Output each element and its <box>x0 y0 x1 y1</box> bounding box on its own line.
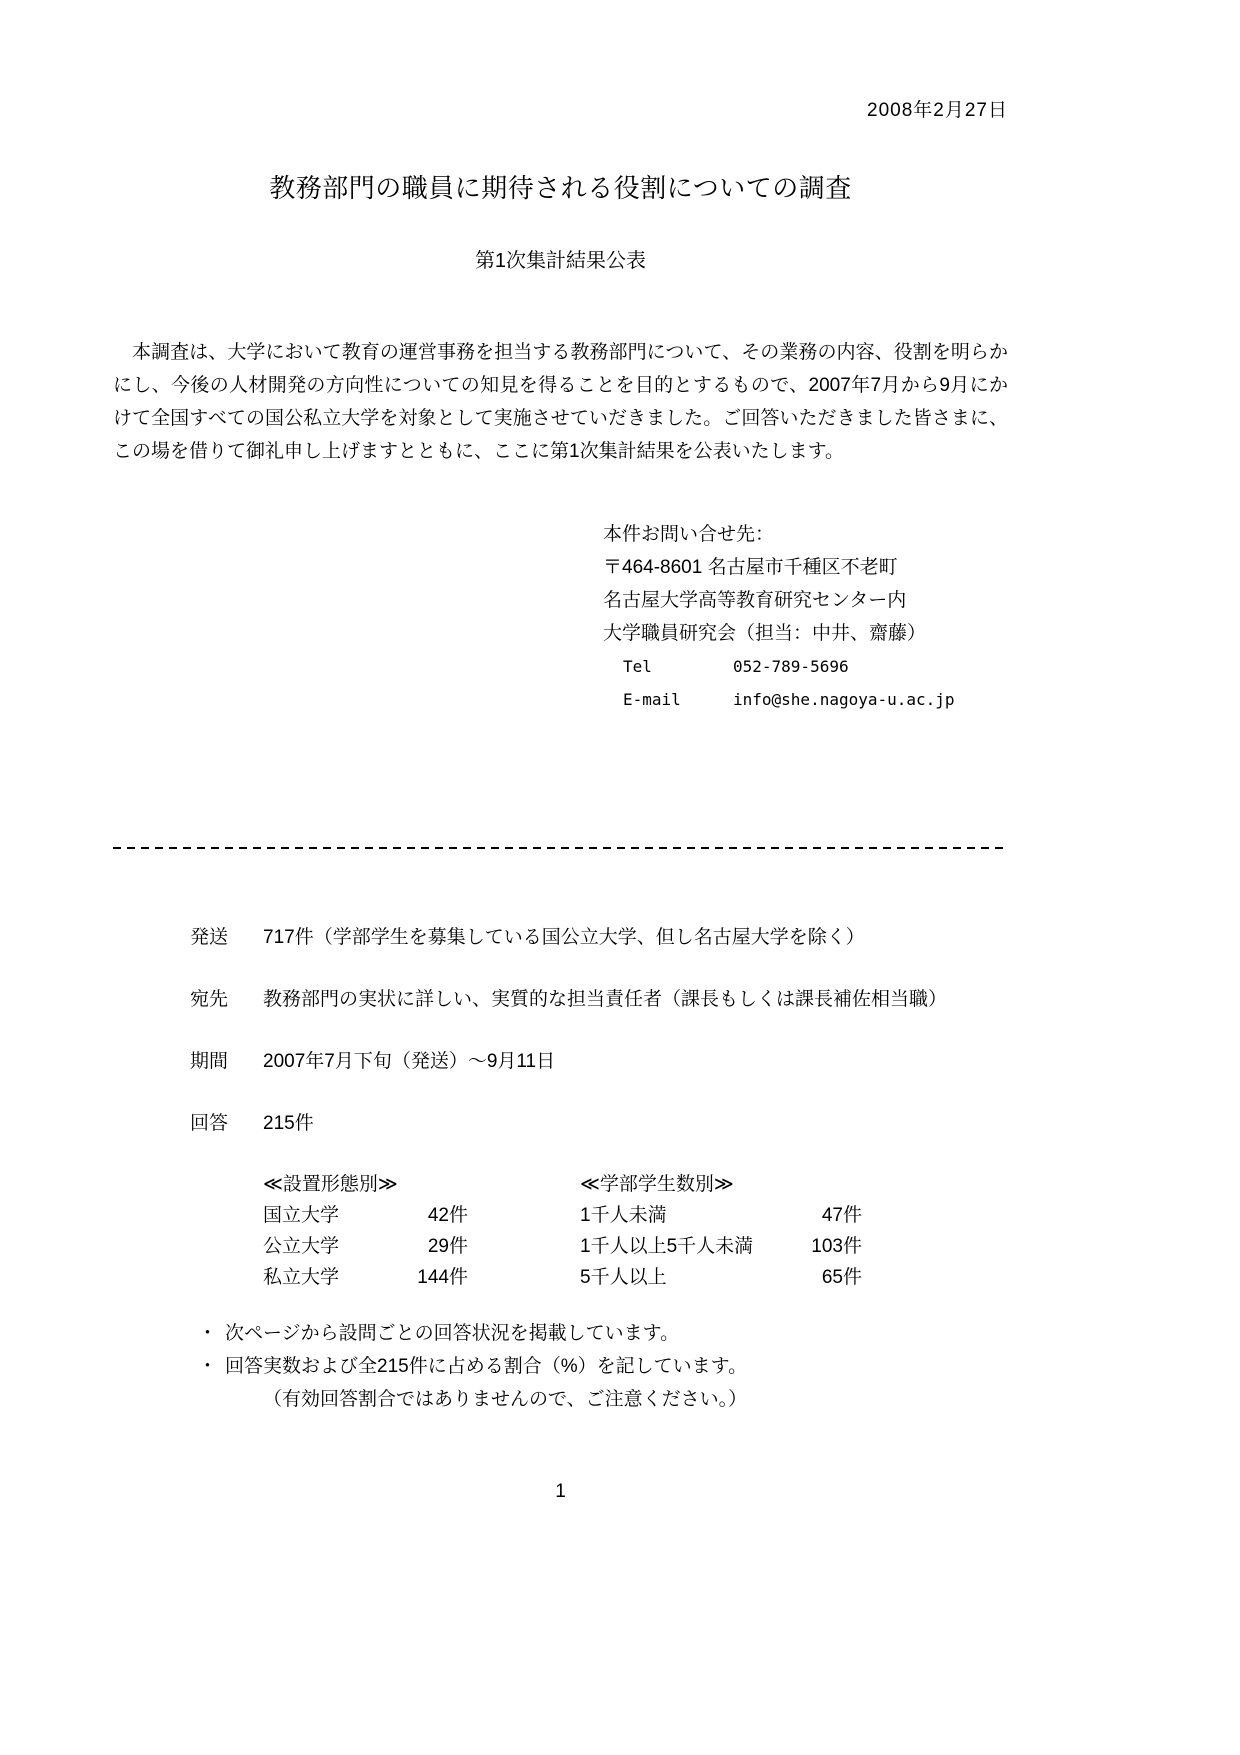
row-label: 1千人以上5千人未満 <box>580 1231 811 1262</box>
table-row: 国立大学 42件 <box>263 1200 468 1231</box>
table-row: 1千人未満 47件 <box>580 1200 862 1231</box>
contact-tel-row: Tel 052-789-5696 <box>603 650 1008 683</box>
contact-block: 本件お問い合せ先： 〒464-8601 名古屋市千種区不老町 名古屋大学高等教育… <box>603 518 1008 716</box>
survey-row-period: 期間 2007年7月下旬（発送）〜9月11日 <box>190 1045 1008 1078</box>
document-title: 教務部門の職員に期待される役割についての調査 <box>113 170 1008 206</box>
row-value: 42件 <box>428 1200 468 1231</box>
survey-row-recipient: 宛先 教務部門の実状に詳しい、実質的な担当責任者（課長もしくは課長補佐相当職） <box>190 983 1008 1016</box>
table-row: 私立大学 144件 <box>263 1262 468 1293</box>
tel-value: 052-789-5696 <box>733 650 849 683</box>
note-sub-text: （有効回答割合ではありませんので、ご注意ください。） <box>263 1383 1008 1416</box>
note-text: 回答実数および全215件に占める割合（%）を記しています。 <box>225 1350 747 1383</box>
document-subtitle: 第1次集計結果公表 <box>113 248 1008 274</box>
email-value: info@she.nagoya-u.ac.jp <box>733 683 955 716</box>
row-label: 公立大学 <box>263 1231 428 1262</box>
note-item: ・ 次ページから設問ごとの回答状況を掲載しています。 <box>198 1317 1008 1350</box>
table-by-student-count: ≪学部学生数別≫ 1千人未満 47件 1千人以上5千人未満 103件 5千人以上… <box>580 1169 862 1293</box>
table-row: 公立大学 29件 <box>263 1231 468 1262</box>
bullet-icon: ・ <box>198 1317 225 1350</box>
row-label: 国立大学 <box>263 1200 428 1231</box>
dashed-divider <box>113 847 1008 849</box>
contact-email-row: E-mail info@she.nagoya-u.ac.jp <box>603 683 1008 716</box>
bullet-icon: ・ <box>198 1350 225 1383</box>
row-value: 65件 <box>822 1262 862 1293</box>
table-title: ≪学部学生数別≫ <box>580 1169 862 1200</box>
survey-row-label: 回答 <box>190 1107 263 1140</box>
survey-row-value: 717件（学部学生を募集している国公立大学、但し名古屋大学を除く） <box>263 921 865 954</box>
row-value: 29件 <box>428 1231 468 1262</box>
survey-row-value: 2007年7月下旬（発送）〜9月11日 <box>263 1045 555 1078</box>
page-number: 1 <box>113 1480 1008 1504</box>
table-row: 5千人以上 65件 <box>580 1262 862 1293</box>
document-page: 2008年2月27日 教務部門の職員に期待される役割についての調査 第1次集計結… <box>0 0 1240 1755</box>
row-label: 5千人以上 <box>580 1262 822 1293</box>
survey-row-value: 215件 <box>263 1107 314 1140</box>
row-value: 47件 <box>822 1200 862 1231</box>
intro-paragraph: 本調査は、大学において教育の運営事務を担当する教務部門について、その業務の内容、… <box>113 336 1008 468</box>
table-row: 1千人以上5千人未満 103件 <box>580 1231 862 1262</box>
survey-summary: 発送 717件（学部学生を募集している国公立大学、但し名古屋大学を除く） 宛先 … <box>113 921 1008 1140</box>
survey-row-label: 発送 <box>190 921 263 954</box>
contact-organization: 大学職員研究会（担当：中井、齋藤） <box>603 617 1008 650</box>
survey-row-sent: 発送 717件（学部学生を募集している国公立大学、但し名古屋大学を除く） <box>190 921 1008 954</box>
row-value: 103件 <box>811 1231 862 1262</box>
contact-postal-address: 〒464-8601 名古屋市千種区不老町 <box>603 551 1008 584</box>
breakdown-tables: ≪設置形態別≫ 国立大学 42件 公立大学 29件 私立大学 144件 ≪学部学… <box>263 1169 1008 1293</box>
table-title: ≪設置形態別≫ <box>263 1169 468 1200</box>
note-item: ・ 回答実数および全215件に占める割合（%）を記しています。 <box>198 1350 1008 1383</box>
tel-label: Tel <box>623 650 733 683</box>
contact-center-address: 名古屋大学高等教育研究センター内 <box>603 584 1008 617</box>
survey-row-responses: 回答 215件 <box>190 1107 1008 1140</box>
row-value: 144件 <box>417 1262 468 1293</box>
contact-heading: 本件お問い合せ先： <box>603 518 1008 551</box>
table-by-establishment-type: ≪設置形態別≫ 国立大学 42件 公立大学 29件 私立大学 144件 <box>263 1169 468 1293</box>
row-label: 1千人未満 <box>580 1200 822 1231</box>
email-label: E-mail <box>623 683 733 716</box>
survey-row-label: 宛先 <box>190 983 263 1016</box>
row-label: 私立大学 <box>263 1262 417 1293</box>
survey-row-value: 教務部門の実状に詳しい、実質的な担当責任者（課長もしくは課長補佐相当職） <box>263 983 947 1016</box>
notes-list: ・ 次ページから設問ごとの回答状況を掲載しています。 ・ 回答実数および全215… <box>113 1317 1008 1416</box>
survey-row-label: 期間 <box>190 1045 263 1078</box>
document-date: 2008年2月27日 <box>113 98 1008 124</box>
note-text: 次ページから設問ごとの回答状況を掲載しています。 <box>225 1317 679 1350</box>
